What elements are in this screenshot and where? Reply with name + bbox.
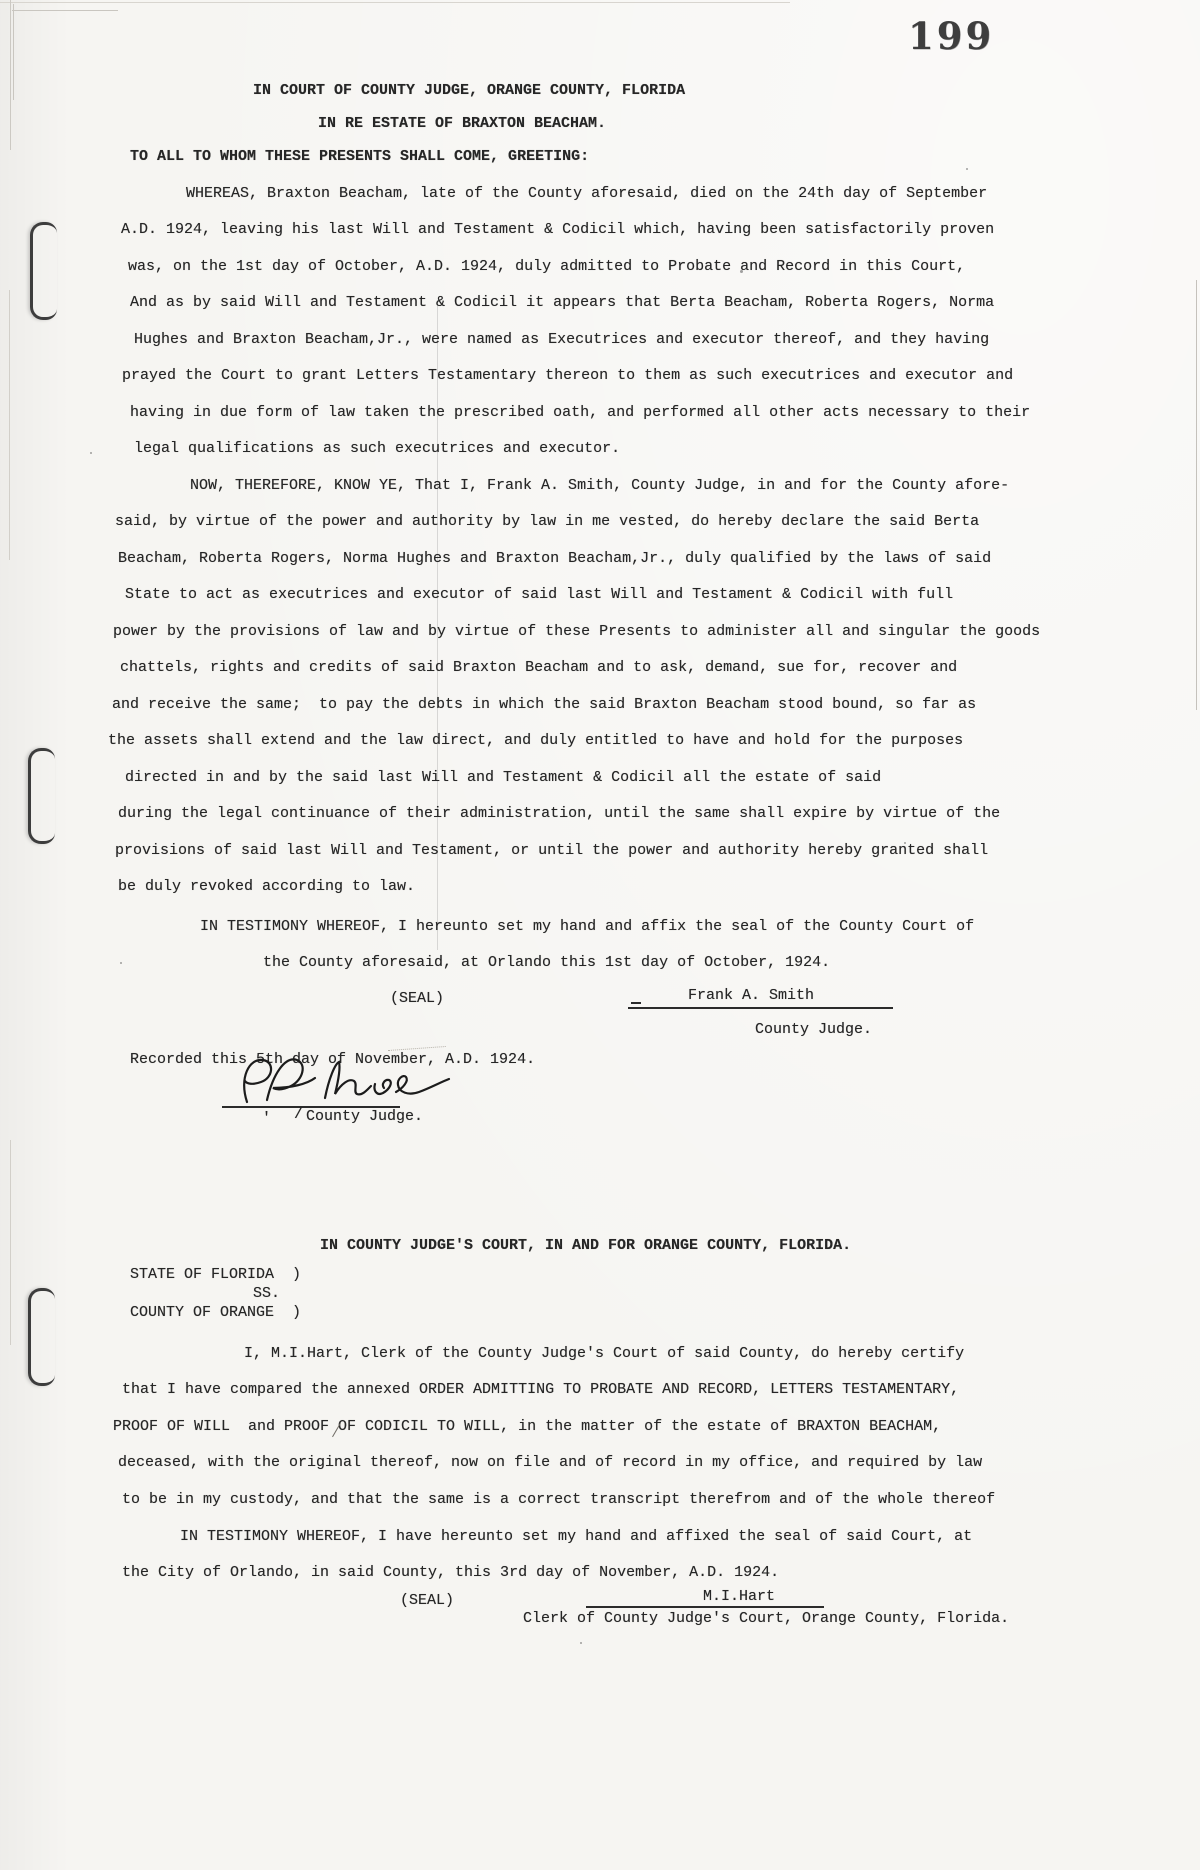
binding-hole	[30, 222, 57, 320]
clerk-signature-text: M.I.Hart	[703, 1588, 775, 1607]
stray-tick-mark: '	[262, 1110, 271, 1129]
text-line: I, M.I.Hart, Clerk of the County Judge's…	[244, 1345, 964, 1364]
text-line: IN TESTIMONY WHEREOF, I have hereunto se…	[180, 1528, 972, 1547]
page-number: 199	[908, 14, 994, 58]
scan-corner-line-h	[12, 10, 118, 11]
text-line: legal qualifications as such executrices…	[134, 440, 620, 459]
stray-slash-mark: /	[294, 1106, 303, 1125]
text-line: the City of Orlando, in said County, thi…	[122, 1564, 779, 1583]
text-line: deceased, with the original thereof, now…	[118, 1454, 982, 1473]
text-line: A.D. 1924, leaving his last Will and Tes…	[121, 221, 994, 240]
text-line: NOW, THEREFORE, KNOW YE, That I, Frank A…	[190, 477, 1009, 496]
stray-dash-mark	[631, 1002, 641, 1004]
venue-state-line: STATE OF FLORIDA )	[130, 1266, 301, 1285]
salutation-line: TO ALL TO WHOM THESE PRESENTS SHALL COME…	[130, 148, 589, 167]
recorder-title: County Judge.	[306, 1108, 423, 1127]
venue-county-line: COUNTY OF ORANGE )	[130, 1304, 301, 1323]
text-line: be duly revoked according to law.	[118, 878, 415, 897]
certificate-heading: IN COUNTY JUDGE'S COURT, IN AND FOR ORAN…	[320, 1237, 851, 1256]
venue-ss-label: SS.	[253, 1285, 280, 1304]
text-line: chattels, rights and credits of said Bra…	[120, 659, 957, 678]
text-line: State to act as executrices and executor…	[125, 586, 953, 605]
clerk-title: Clerk of County Judge's Court, Orange Co…	[523, 1610, 1009, 1629]
text-line: the assets shall extend and the law dire…	[108, 732, 963, 751]
text-line: having in due form of law taken the pres…	[130, 404, 1030, 423]
text-line: PROOF OF WILL and PROOF OF CODICIL TO WI…	[113, 1418, 941, 1437]
text-line: IN TESTIMONY WHEREOF, I hereunto set my …	[200, 918, 974, 937]
recorder-signature	[233, 1048, 453, 1112]
judge-title: County Judge.	[755, 1021, 872, 1040]
text-line: and receive the same; to pay the debts i…	[112, 696, 976, 715]
text-line: provisions of said last Will and Testame…	[115, 842, 988, 861]
binding-hole	[28, 1288, 55, 1386]
text-line: Beacham, Roberta Rogers, Norma Hughes an…	[118, 550, 991, 569]
scan-corner-line-v	[13, 4, 14, 100]
text-line: was, on the 1st day of October, A.D. 192…	[128, 258, 965, 277]
scan-speck	[904, 842, 906, 844]
text-line: that I have compared the annexed ORDER A…	[122, 1381, 959, 1400]
text-line: directed in and by the said last Will an…	[125, 769, 881, 788]
judge-signature-text: Frank A. Smith	[688, 987, 814, 1006]
scan-edge-left-1	[10, 0, 11, 150]
text-line: And as by said Will and Testament & Codi…	[130, 294, 994, 313]
text-line: Hughes and Braxton Beacham,Jr., were nam…	[134, 331, 989, 350]
text-line: during the legal continuance of their ad…	[118, 805, 1000, 824]
scan-edge-left-3	[10, 1140, 11, 1345]
clerk-signature-underline	[586, 1606, 824, 1608]
scan-edge-top	[0, 2, 790, 3]
signature-underline	[628, 1007, 893, 1009]
text-line: to be in my custody, and that the same i…	[122, 1491, 995, 1510]
seal-label: (SEAL)	[390, 990, 444, 1009]
scan-speck	[740, 270, 743, 273]
text-line: WHEREAS, Braxton Beacham, late of the Co…	[186, 185, 987, 204]
scan-speck	[966, 168, 968, 170]
estate-heading: IN RE ESTATE OF BRAXTON BEACHAM.	[318, 115, 606, 134]
text-line: said, by virtue of the power and authori…	[115, 513, 979, 532]
seal-label: (SEAL)	[400, 1592, 454, 1611]
text-line: prayed the Court to grant Letters Testam…	[122, 367, 1013, 386]
document-page: 199 IN COURT OF COUNTY JUDGE, ORANGE COU…	[0, 0, 1200, 1870]
binding-hole	[28, 748, 55, 844]
scan-speck	[90, 452, 92, 454]
text-line: the County aforesaid, at Orlando this 1s…	[263, 954, 830, 973]
scan-edge-right	[1196, 280, 1197, 710]
scan-speck	[120, 962, 122, 964]
scan-speck	[580, 1642, 582, 1644]
text-line: power by the provisions of law and by vi…	[113, 623, 1040, 642]
court-heading: IN COURT OF COUNTY JUDGE, ORANGE COUNTY,…	[253, 82, 685, 101]
scan-edge-left-2	[9, 290, 10, 560]
